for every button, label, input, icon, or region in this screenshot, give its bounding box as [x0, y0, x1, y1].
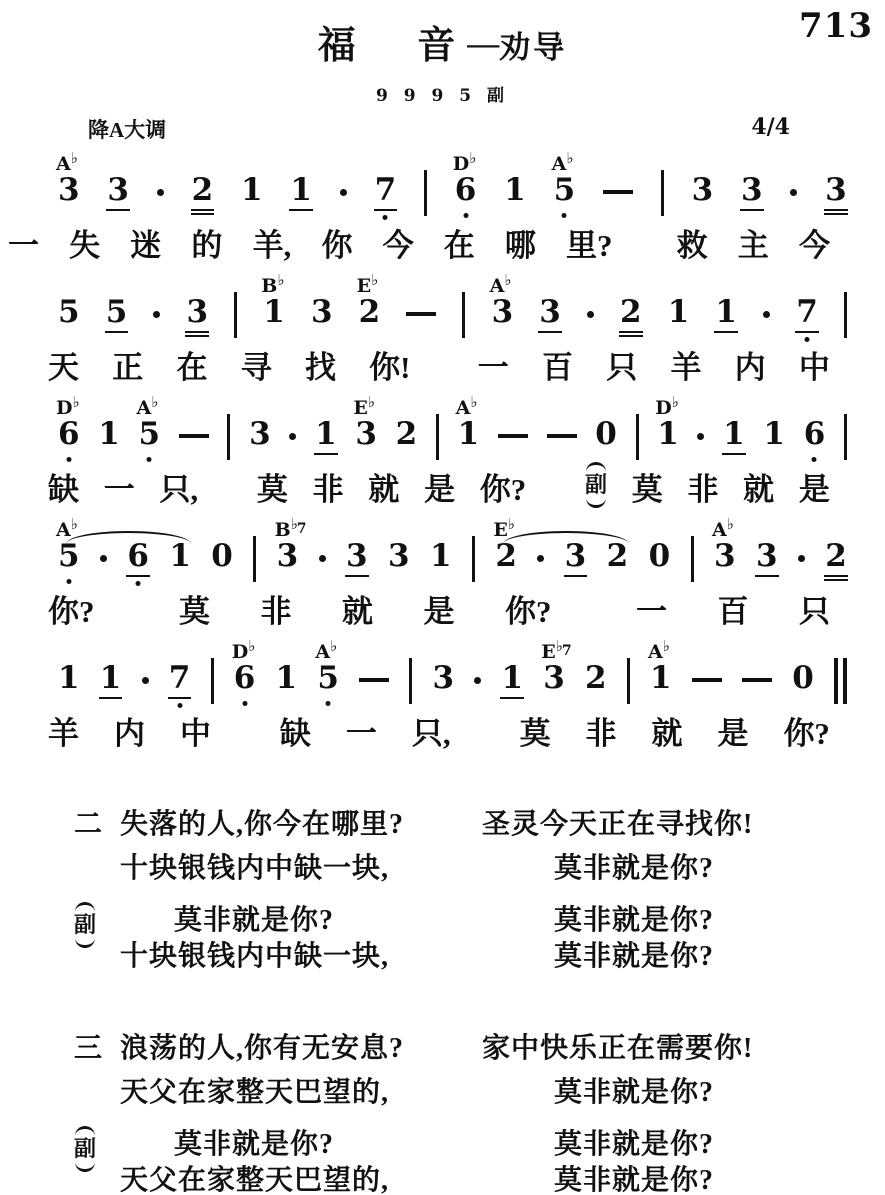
note: 5A♭	[554, 172, 576, 208]
low-octave-dot	[805, 337, 810, 342]
augmentation-dot	[798, 555, 805, 562]
note: 3	[825, 172, 847, 208]
note-digit: 3	[58, 172, 80, 208]
verse-number: 副	[74, 888, 120, 948]
verse-number: 二	[74, 802, 120, 842]
staff: 5531B♭32E♭3A♭32117	[0, 272, 885, 342]
note-digit: 3	[388, 538, 410, 574]
augmentation-dot	[319, 555, 326, 562]
flat-sign: ♭	[727, 515, 734, 533]
duration-dash	[498, 434, 528, 438]
chord-root: E	[357, 275, 371, 297]
chord-root: D	[655, 397, 671, 419]
note-digit: 3	[825, 172, 847, 208]
flat-sign: ♭	[504, 271, 511, 289]
lyric-syllable: 非	[313, 472, 344, 508]
verse-right-text: 莫非就是你?	[482, 1070, 845, 1110]
lyric-syllable: 今	[799, 228, 830, 264]
lyric-syllable: 缺	[48, 472, 79, 508]
lyric-syllable: 是	[799, 472, 830, 508]
refrain-character: 副	[74, 1136, 96, 1162]
chord-label: A♭	[137, 399, 159, 418]
note: 1	[668, 294, 690, 330]
lyric-syllable: 莫	[257, 472, 288, 508]
augmentation-dot	[790, 189, 797, 196]
flat-sign: ♭	[368, 393, 375, 411]
lyric-syllable: 中	[180, 716, 211, 752]
staff: 6D♭15A♭313E♭21A♭01D♭116	[0, 394, 885, 464]
verse-number: 副	[74, 1112, 120, 1172]
low-octave-dot	[463, 213, 468, 218]
time-signature: 4/4	[751, 114, 790, 144]
note-digit: 3	[692, 172, 714, 208]
note: 1B♭	[263, 294, 285, 330]
lyric-syllable: 就	[342, 594, 373, 630]
underline	[185, 331, 209, 333]
underline	[755, 575, 779, 577]
flat-sign: ♭	[151, 393, 158, 411]
verse-right-text: 莫非就是你?	[482, 1122, 845, 1162]
lyrics-row: 缺一只,莫非就是你?副莫非就是	[48, 468, 830, 508]
underline	[538, 331, 562, 333]
note-digit: 7	[375, 172, 397, 208]
key-signature: 降A大调	[88, 114, 166, 144]
chord-label: D♭	[56, 399, 80, 418]
refrain-mark: 副	[74, 902, 96, 948]
lyric-syllable: 只,	[159, 472, 198, 508]
lyric-syllable: 一	[636, 594, 667, 630]
notes-row: 5531B♭32E♭3A♭32117	[58, 294, 847, 342]
note: 1	[723, 416, 745, 452]
note: 1A♭	[458, 416, 480, 452]
note: 3	[186, 294, 208, 330]
note-digit: 3	[186, 294, 208, 330]
note: 2	[585, 660, 607, 696]
verse-row: 副莫非就是你?莫非就是你?	[74, 1112, 845, 1156]
note-digit: 2	[585, 660, 607, 696]
duration-dash	[603, 190, 633, 194]
note: 5A♭	[317, 660, 339, 696]
lyric-syllable: 救	[677, 228, 708, 264]
note-digit: 1	[430, 538, 452, 574]
slur-arc	[66, 531, 191, 544]
chord-label: A♭	[712, 521, 734, 540]
verse-row: 天父在家整天巴望的,莫非就是你?	[74, 1156, 845, 1195]
underline	[314, 453, 338, 455]
verse-block: 三浪荡的人,你有无安息?家中快乐正在需要你!天父在家整天巴望的,莫非就是你?副莫…	[74, 1024, 845, 1195]
verse-row: 十块银钱内中缺一块,莫非就是你?	[74, 844, 845, 888]
chord-root: A	[490, 275, 505, 297]
lyric-syllable: 找	[305, 350, 336, 386]
title-dash: —	[467, 25, 499, 61]
lyric-syllable: 你?	[480, 472, 527, 508]
note-digit: 6	[234, 660, 256, 696]
note-digit: 1	[668, 294, 690, 330]
lyric-syllable: 只	[606, 350, 637, 386]
augmentation-dot	[340, 189, 347, 196]
verse-left-text: 莫非就是你?	[120, 1122, 482, 1162]
staff: 1176D♭15A♭313E♭721A♭0	[0, 638, 885, 708]
barline	[436, 414, 439, 460]
underline	[824, 579, 848, 581]
lyric-syllable: 正	[112, 350, 143, 386]
note-digit: 3	[346, 538, 368, 574]
note: 2	[620, 294, 642, 330]
note: 3	[433, 660, 455, 696]
note-digit: 3	[756, 538, 778, 574]
note-digit: 3	[714, 538, 736, 574]
underline	[714, 331, 738, 333]
lyric-syllable: 是	[424, 594, 455, 630]
note-digit: 3	[311, 294, 333, 330]
lyric-syllable: 就	[368, 472, 399, 508]
notes-row: 6D♭15A♭313E♭21A♭01D♭116	[58, 416, 847, 464]
note: 1	[504, 172, 526, 208]
note: 6D♭	[234, 660, 256, 696]
staff: 3A♭321176D♭15A♭333	[0, 150, 885, 220]
note-digit: 1	[504, 172, 526, 208]
note: 3E♭	[355, 416, 377, 452]
flat-sign: ♭	[71, 515, 78, 533]
flat-sign: ♭	[330, 637, 337, 655]
note-digit: 2	[825, 538, 847, 574]
underline	[126, 575, 150, 577]
augmentation-dot	[289, 433, 296, 440]
augmentation-dot	[153, 311, 160, 318]
verse-left-text: 莫非就是你?	[120, 898, 482, 938]
notes-row: 1176D♭15A♭313E♭721A♭0	[58, 660, 847, 708]
note-digit: 5	[58, 294, 80, 330]
music-line: 6D♭15A♭313E♭21A♭01D♭116缺一只,莫非就是你?副莫非就是	[0, 394, 885, 516]
low-octave-dot	[177, 703, 182, 708]
underline	[105, 331, 129, 333]
lyric-syllable: 只	[799, 594, 830, 630]
verse-row: 二失落的人,你今在哪里?圣灵今天正在寻找你!	[74, 800, 845, 844]
note: 1A♭	[650, 660, 672, 696]
note-digit: 2	[359, 294, 381, 330]
verses-section: 二失落的人,你今在哪里?圣灵今天正在寻找你!十块银钱内中缺一块,莫非就是你?副莫…	[0, 800, 885, 1195]
barline	[253, 536, 256, 582]
verse-row: 三浪荡的人,你有无安息?家中快乐正在需要你!	[74, 1024, 845, 1068]
note-digit: 3	[107, 172, 129, 208]
note: 3B♭7	[277, 538, 299, 574]
note: 0	[792, 660, 814, 696]
lyric-syllable: 百	[718, 594, 749, 630]
lyric-syllable: 你	[321, 228, 352, 264]
lyric-syllable: 莫	[179, 594, 210, 630]
note: 2	[825, 538, 847, 574]
verse-left-text: 浪荡的人,你有无安息?	[120, 1026, 482, 1066]
chord-label: A♭	[56, 155, 78, 174]
lyric-syllable: 莫	[632, 472, 663, 508]
chord-root: B	[275, 519, 291, 541]
chord-root: B	[261, 275, 277, 297]
note: 3	[107, 172, 129, 208]
note-digit: 2	[396, 416, 418, 452]
note-digit: 6	[58, 416, 80, 452]
chord-label: D♭	[655, 399, 679, 418]
chord-root: E	[541, 641, 555, 663]
page-number: 713	[799, 6, 873, 46]
flat-sign: ♭	[508, 515, 515, 533]
lyrics-row: 天正在寻找你!一百只羊内中	[48, 346, 830, 386]
barline	[691, 536, 694, 582]
note: 3	[692, 172, 714, 208]
chord-root: D	[56, 397, 72, 419]
music-line: 5531B♭32E♭3A♭32117天正在寻找你!一百只羊内中	[0, 272, 885, 394]
chord-label: A♭	[490, 277, 512, 296]
chord-label: A♭	[456, 399, 478, 418]
lyric-syllable: 主	[738, 228, 769, 264]
refrain-mark: 副	[585, 462, 607, 508]
slur-arc	[503, 531, 629, 544]
note-digit: 3	[492, 294, 514, 330]
chord-root: A	[712, 519, 727, 541]
note: 3E♭7	[543, 660, 565, 696]
staff: 5A♭6103B♭73312E♭3203A♭32	[0, 516, 885, 586]
final-barline	[834, 658, 847, 704]
chord-root: D	[453, 153, 469, 175]
chord-label: E♭	[353, 399, 375, 418]
verse-left-text: 天父在家整天巴望的,	[120, 1070, 482, 1110]
flat-sign: ♭	[663, 637, 670, 655]
chord-root: A	[648, 641, 663, 663]
note-digit: 1	[763, 416, 785, 452]
note: 3	[756, 538, 778, 574]
title-subcategory: 劝导	[499, 30, 567, 65]
note: 0	[595, 416, 617, 452]
chord-seventh: 7	[297, 521, 307, 537]
lyric-syllable: 缺	[280, 716, 311, 752]
note: 1	[100, 660, 122, 696]
underline	[374, 209, 398, 211]
low-octave-dot	[147, 457, 152, 462]
verse-right-text: 莫非就是你?	[482, 934, 845, 974]
lyric-syllable: 一	[478, 350, 509, 386]
underline	[619, 335, 643, 337]
music-line: 5A♭6103B♭73312E♭3203A♭32你?莫非就是你?一百只	[0, 516, 885, 638]
duration-dash	[406, 312, 436, 316]
underline	[722, 453, 746, 455]
bracket-bottom-icon	[75, 1162, 95, 1172]
note-digit: 2	[620, 294, 642, 330]
note-digit: 1	[723, 416, 745, 452]
flat-sign: ♭	[672, 393, 679, 411]
note: 1	[715, 294, 737, 330]
flat-sign: ♭	[71, 149, 78, 167]
music-notation: 3A♭321176D♭15A♭333一失迷的羊,你今在哪里?救主今5531B♭3…	[0, 150, 885, 760]
barline	[472, 536, 475, 582]
flat-sign: ♭	[469, 149, 476, 167]
note: 6D♭	[455, 172, 477, 208]
underline	[106, 209, 130, 211]
verse-block: 二失落的人,你今在哪里?圣灵今天正在寻找你!十块银钱内中缺一块,莫非就是你?副莫…	[74, 800, 845, 976]
verse-left-text: 十块银钱内中缺一块,	[120, 934, 482, 974]
verse-number: 三	[74, 1026, 120, 1066]
lyric-syllable: 羊,	[253, 228, 292, 264]
lyric-syllable: 一	[346, 716, 377, 752]
chord-label: A♭	[552, 155, 574, 174]
note-digit: 1	[290, 172, 312, 208]
chord-label: E♭	[357, 277, 379, 296]
barline	[661, 170, 664, 216]
underline	[619, 331, 643, 333]
note: 0	[211, 538, 233, 574]
note: 3	[388, 538, 410, 574]
note: 5A♭	[139, 416, 161, 452]
underline	[289, 209, 313, 211]
barline	[234, 292, 237, 338]
music-line: 3A♭321176D♭15A♭333一失迷的羊,你今在哪里?救主今	[0, 150, 885, 272]
note-digit: 3	[249, 416, 271, 452]
underline	[191, 213, 215, 215]
note: 1	[276, 660, 298, 696]
flat-sign: ♭	[277, 271, 284, 289]
note-digit: 0	[792, 660, 814, 696]
underline	[824, 213, 848, 215]
note: 3	[539, 294, 561, 330]
note: 0	[649, 538, 671, 574]
underline	[824, 575, 848, 577]
lyric-syllable: 在	[444, 228, 475, 264]
barline	[227, 414, 230, 460]
underline	[191, 209, 215, 211]
note: 1	[58, 660, 80, 696]
flat-sign: ♭	[371, 271, 378, 289]
lyric-syllable: 寻	[241, 350, 272, 386]
hymn-sheet-page: 713 福 音—劝导 9 9 9 5 副 降A大调 4/4 3A♭321176D…	[0, 0, 885, 1195]
verse-right-text: 圣灵今天正在寻找你!	[482, 802, 845, 842]
title-category: 福 音	[318, 25, 482, 67]
low-octave-dot	[136, 581, 141, 586]
note: 3	[249, 416, 271, 452]
lyric-syllable: 天	[48, 350, 79, 386]
verse-left-text: 十块银钱内中缺一块,	[120, 846, 482, 886]
note: 1	[315, 416, 337, 452]
augmentation-dot	[157, 189, 164, 196]
augmentation-dot	[537, 555, 544, 562]
note-digit: 3	[741, 172, 763, 208]
note-digit: 1	[315, 416, 337, 452]
low-octave-dot	[326, 701, 331, 706]
note: 7	[375, 172, 397, 208]
flat-sign: ♭	[248, 637, 255, 655]
note-digit: 1	[241, 172, 263, 208]
note-digit: 3	[355, 416, 377, 452]
lyrics-row: 一失迷的羊,你今在哪里?救主今	[8, 224, 830, 264]
lyric-syllable: 中	[799, 350, 830, 386]
note-digit: 1	[276, 660, 298, 696]
note-digit: 3	[539, 294, 561, 330]
lyric-syllable: 是	[424, 472, 455, 508]
note-digit: 5	[106, 294, 128, 330]
augmentation-dot	[763, 311, 770, 318]
lyric-syllable: 就	[743, 472, 774, 508]
lyric-syllable: 今	[383, 228, 414, 264]
note: 5	[106, 294, 128, 330]
chord-root: A	[456, 397, 471, 419]
lyric-syllable: 羊	[670, 350, 701, 386]
low-octave-dot	[383, 215, 388, 220]
lyric-syllable: 只,	[412, 716, 451, 752]
key-row: 降A大调 4/4	[88, 114, 790, 144]
note-digit: 5	[317, 660, 339, 696]
underline	[824, 209, 848, 211]
note-digit: 6	[804, 416, 826, 452]
underline	[564, 575, 588, 577]
note-digit: 3	[543, 660, 565, 696]
low-octave-dot	[66, 457, 71, 462]
refrain-mark: 副	[74, 1126, 96, 1172]
chord-root: D	[232, 641, 248, 663]
augmentation-dot	[474, 677, 481, 684]
note-digit: 1	[98, 416, 120, 452]
lyric-syllable: 你?	[783, 716, 830, 752]
note-digit: 6	[455, 172, 477, 208]
note-digit: 1	[715, 294, 737, 330]
lyric-syllable: 失	[69, 228, 100, 264]
note: 1	[98, 416, 120, 452]
chord-seventh: 7	[562, 643, 572, 659]
note-digit: 5	[139, 416, 161, 452]
barline	[409, 658, 412, 704]
note-digit: 2	[192, 172, 214, 208]
note: 1	[290, 172, 312, 208]
note-digit: 1	[650, 660, 672, 696]
chord-label: A♭	[648, 643, 670, 662]
lyric-syllable: 你?	[505, 594, 552, 630]
chord-label: D♭	[453, 155, 477, 174]
note: 2	[396, 416, 418, 452]
lyric-syllable: 百	[542, 350, 573, 386]
barline	[627, 658, 630, 704]
bracket-bottom-icon	[586, 498, 606, 508]
lyric-syllable: 你!	[369, 350, 410, 386]
lyric-syllable: 一	[8, 228, 39, 264]
note-digit: 1	[58, 660, 80, 696]
note: 1	[763, 416, 785, 452]
duration-dash	[742, 678, 772, 682]
notes-row: 5A♭6103B♭73312E♭3203A♭32	[58, 538, 847, 586]
lyric-syllable: 在	[176, 350, 207, 386]
verse-left-text: 天父在家整天巴望的,	[120, 1158, 482, 1195]
duration-dash	[547, 434, 577, 438]
augmentation-dot	[100, 555, 107, 562]
lyric-syllable: 你?	[48, 594, 95, 630]
note-digit: 7	[796, 294, 818, 330]
lyric-syllable: 就	[652, 716, 683, 752]
low-octave-dot	[812, 457, 817, 462]
underline	[740, 209, 764, 211]
barline	[462, 292, 465, 338]
note-digit: 3	[433, 660, 455, 696]
note-digit: 0	[595, 416, 617, 452]
note: 7	[796, 294, 818, 330]
flat-sign: ♭	[566, 149, 573, 167]
note-digit: 1	[263, 294, 285, 330]
barline	[636, 414, 639, 460]
chord-root: A	[137, 397, 152, 419]
chord-label: E♭7	[541, 643, 571, 662]
note-digit: 7	[169, 660, 191, 696]
note: 1	[241, 172, 263, 208]
note-digit: 0	[649, 538, 671, 574]
note: 3A♭	[58, 172, 80, 208]
barline	[211, 658, 214, 704]
chord-root: A	[56, 153, 71, 175]
lyric-syllable: 内	[735, 350, 766, 386]
verse-right-text: 莫非就是你?	[482, 898, 845, 938]
